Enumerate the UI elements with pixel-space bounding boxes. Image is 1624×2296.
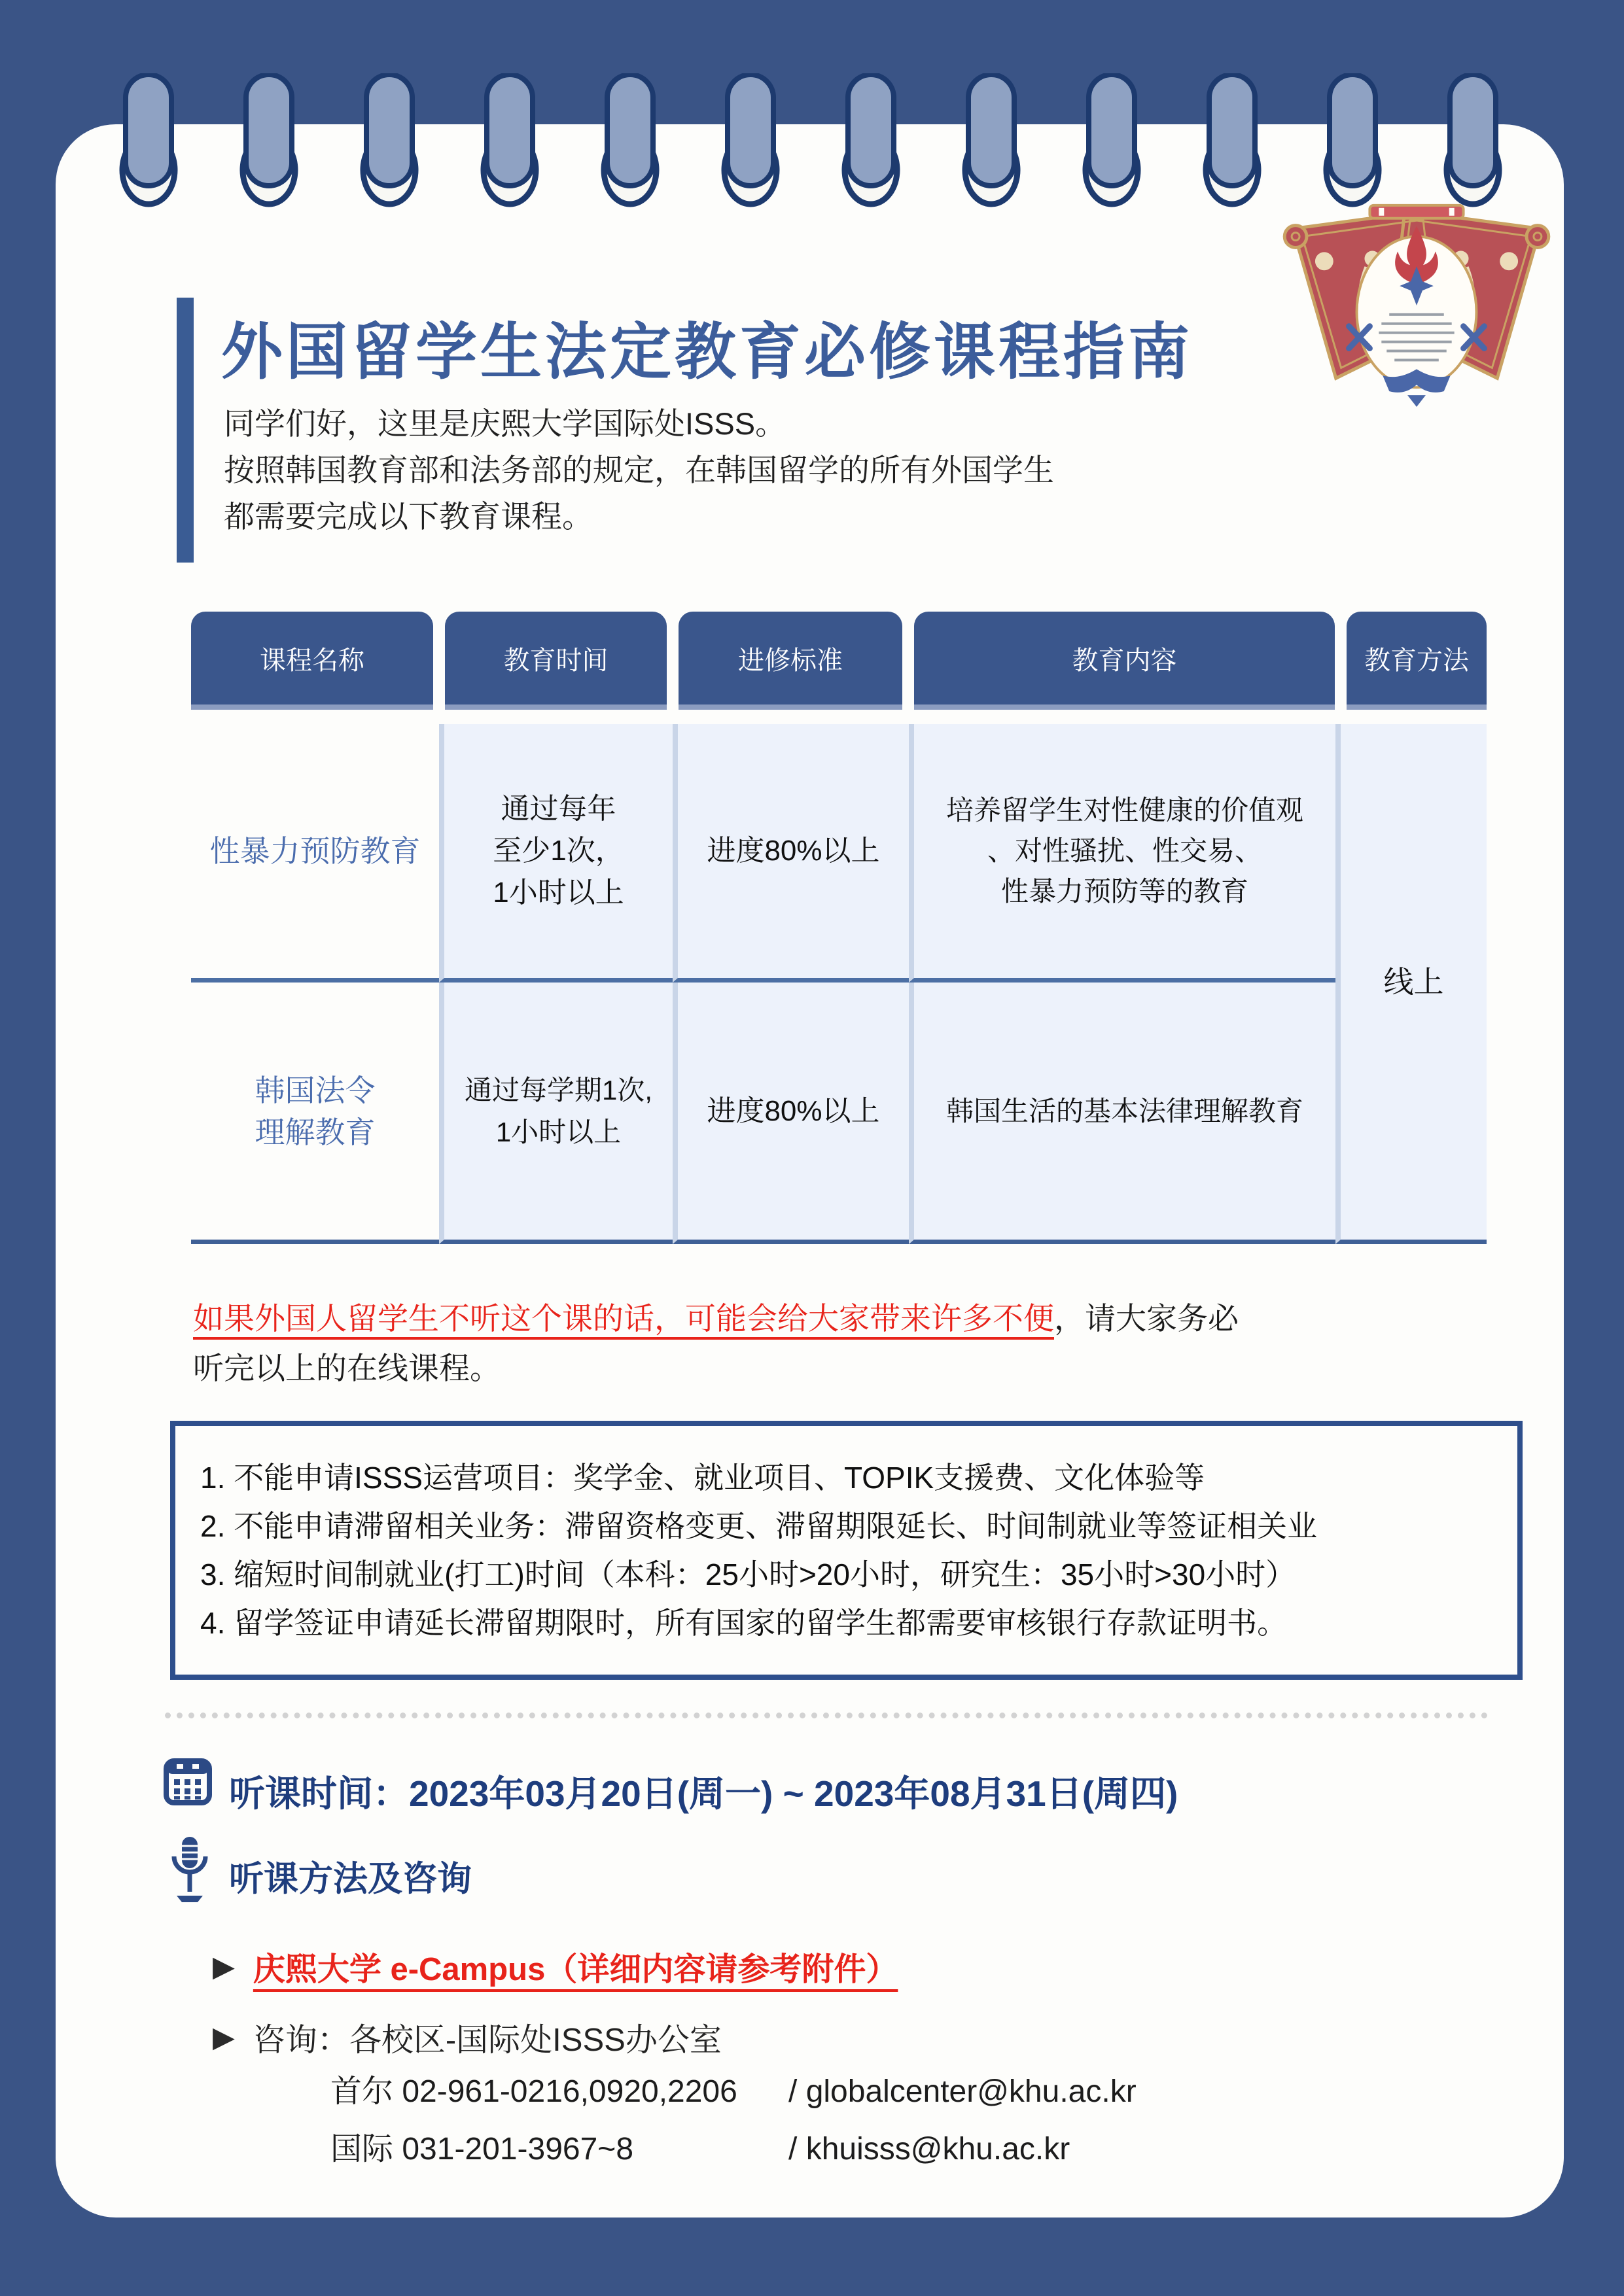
binder-ring-icon xyxy=(236,73,302,209)
warning-line2: 听完以上的在线课程。 xyxy=(193,1344,1502,1393)
ecampus-link[interactable]: 庆熙大学 e-Campus（详细内容请参考附件） xyxy=(253,1952,898,1987)
course-table-body: 性暴力预防教育 通过每年 至少1次， 1小时以上 进度80%以上 培养留学生对性… xyxy=(191,724,1487,1244)
slash: / xyxy=(788,2132,797,2166)
consult-line: ▶咨询：各校区-国际处ISSS办公室 xyxy=(213,2015,722,2061)
binder-ring-icon xyxy=(1079,73,1144,209)
slash: / xyxy=(788,2074,797,2109)
calendar-icon xyxy=(164,1757,212,1805)
consequences-box: 1. 不能申请ISSS运营项目：奖学金、就业项目、TOPIK支援费、文化体验等 … xyxy=(170,1421,1523,1680)
notice-item: 3. 缩短时间制就业(打工)时间（本科：25小时>20小时，研究生：35小时>3… xyxy=(200,1550,1492,1599)
cell-time-2: 通过每学期1次, 1小时以上 xyxy=(439,983,673,1244)
email-link[interactable]: khuisss@khu.ac.kr xyxy=(806,2132,1070,2166)
arrow-bullet-icon: ▶ xyxy=(213,1951,235,1983)
notice-item: 4. 留学签证申请延长滞留期限时，所有国家的留学生都需要审核银行存款证明书。 xyxy=(200,1599,1492,1647)
binder-ring-icon xyxy=(959,73,1024,209)
ecampus-line: ▶庆熙大学 e-Campus（详细内容请参考附件） xyxy=(213,1944,898,1990)
schedule-text: 听课时间：2023年03月20日(周一) ~ 2023年08月31日(周四) xyxy=(229,1765,1178,1817)
phone-number: 02-961-0216,0920,2206 xyxy=(402,2074,737,2109)
cell-content-2: 韩国生活的基本法律理解教育 xyxy=(909,983,1335,1244)
warning-suffix: ，请大家务必 xyxy=(1054,1301,1239,1336)
title-accent-bar xyxy=(177,298,194,563)
cell-line: 通过每学期1次, xyxy=(465,1070,652,1111)
email-link[interactable]: globalcenter@khu.ac.kr xyxy=(806,2074,1137,2109)
university-emblem-icon xyxy=(1273,188,1561,409)
cell-time-1: 通过每年 至少1次， 1小时以上 xyxy=(439,724,673,983)
contact-global: 国际 031-201-3967~8/ khuisss@khu.ac.kr xyxy=(330,2123,1070,2168)
cell-line: 理解教育 xyxy=(255,1111,376,1153)
col-header-education-time: 教育时间 xyxy=(445,612,667,710)
col-header-standard: 进修标准 xyxy=(679,612,902,710)
intro-line: 都需要完成以下教育课程。 xyxy=(224,493,1054,540)
consult-text: 咨询：各校区-国际处ISSS办公室 xyxy=(253,2023,722,2058)
cell-course-name-2: 韩国法令 理解教育 xyxy=(191,983,439,1244)
method-heading: 听课方法及咨询 xyxy=(229,1851,472,1901)
cell-course-name-1: 性暴力预防教育 xyxy=(191,724,439,983)
binder-ring-icon xyxy=(477,73,542,209)
intro-line: 按照韩国教育部和法务部的规定，在韩国留学的所有外国学生 xyxy=(224,447,1054,493)
campus-label: 首尔 xyxy=(330,2074,393,2109)
intro-paragraph: 同学们好，这里是庆熙大学国际处ISSS。 按照韩国教育部和法务部的规定，在韩国留… xyxy=(224,400,1054,540)
arrow-bullet-icon: ▶ xyxy=(213,2021,235,2053)
binder-ring-icon xyxy=(597,73,663,209)
cell-standard-1: 进度80%以上 xyxy=(673,724,909,983)
page-title: 外国留学生法定教育必修课程指南 xyxy=(221,302,1193,391)
binder-ring-icon xyxy=(718,73,783,209)
cell-line: 培养留学生对性健康的价值观 xyxy=(946,790,1303,831)
cell-line: 通过每年 xyxy=(501,788,616,830)
phone-number: 031-201-3967~8 xyxy=(402,2132,633,2166)
cell-line: 韩国法令 xyxy=(255,1070,376,1111)
col-header-content: 教育内容 xyxy=(914,612,1335,710)
cell-content-1: 培养留学生对性健康的价值观 、对性骚扰、性交易、 性暴力预防等的教育 xyxy=(909,724,1335,983)
notice-item: 1. 不能申请ISSS运营项目：奖学金、就业项目、TOPIK支援费、文化体验等 xyxy=(200,1453,1492,1502)
binder-ring-icon xyxy=(838,73,904,209)
cell-line: 至少1次， xyxy=(493,830,624,872)
cell-line: 1小时以上 xyxy=(493,872,624,914)
course-table-header: 课程名称 教育时间 进修标准 教育内容 教育方法 xyxy=(191,612,1487,710)
poster-canvas: 外国留学生法定教育必修课程指南 同学们好，这里是庆熙大学国际处ISSS。 按照韩… xyxy=(0,0,1624,2296)
contact-seoul: 首尔 02-961-0216,0920,2206/ globalcenter@k… xyxy=(330,2066,1137,2111)
cell-standard-2: 进度80%以上 xyxy=(673,983,909,1244)
dotted-divider xyxy=(165,1713,1488,1718)
cell-line: 性暴力预防等的教育 xyxy=(1001,871,1248,912)
binder-ring-icon xyxy=(1199,73,1265,209)
warning-paragraph: 如果外国人留学生不听这个课的话，可能会给大家带来许多不便，请大家务必 听完以上的… xyxy=(193,1294,1502,1393)
binder-ring-icon xyxy=(357,73,422,209)
microphone-icon xyxy=(169,1835,211,1906)
intro-line: 同学们好，这里是庆熙大学国际处ISSS。 xyxy=(224,400,1054,447)
col-header-method: 教育方法 xyxy=(1347,612,1487,710)
cell-method-online: 线上 xyxy=(1335,724,1487,1244)
binder-ring-icon xyxy=(116,73,181,209)
notice-item: 2. 不能申请滞留相关业务：滞留资格变更、滞留期限延长、时间制就业等签证相关业 xyxy=(200,1502,1492,1550)
cell-line: 1小时以上 xyxy=(496,1111,621,1153)
campus-label: 国际 xyxy=(330,2132,393,2166)
warning-red-text: 如果外国人留学生不听这个课的话，可能会给大家带来许多不便 xyxy=(193,1301,1054,1336)
course-table: 课程名称 教育时间 进修标准 教育内容 教育方法 性暴力预防教育 通过每年 至少… xyxy=(191,612,1487,1244)
col-header-course-name: 课程名称 xyxy=(191,612,433,710)
cell-line: 、对性骚扰、性交易、 xyxy=(987,831,1262,871)
